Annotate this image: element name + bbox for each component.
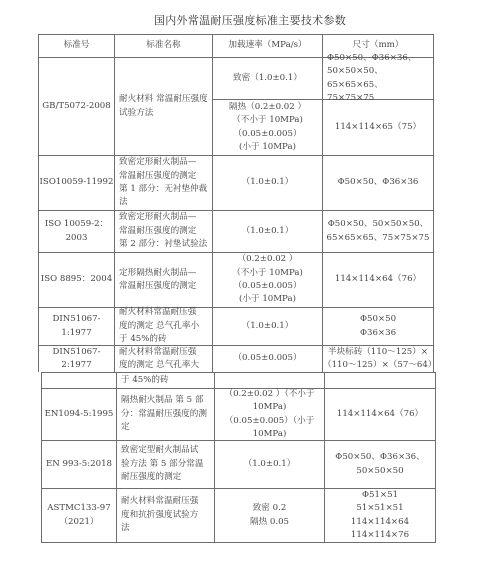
row-astmc133-rate: 致密 0.2 隔热 0.05: [215, 489, 324, 542]
row-astmc133-code: ASTMC133-97 （2021）: [42, 489, 116, 542]
row-en993-5-code: EN 993-5:2018: [42, 441, 116, 488]
row-iso10059-2-rate: （1.0±0.1）: [213, 211, 322, 252]
row-en993-5-rate: （1.0±0.1）: [215, 441, 324, 488]
row-din51067-1-size: Φ50×50 Φ36×36: [323, 308, 433, 345]
row-gbt5072-size-dense: Φ50×50、Φ36×36、 50×50×50、65×65×65、 75×75×…: [323, 58, 433, 99]
row-iso8895-code: ISO 8895：2004: [39, 253, 114, 307]
row-din51067-2-code: DIN51067-2:1977: [39, 346, 114, 372]
row-din51067-2-size: 半块标砖（110～125）× （110～125）×（57～64）: [323, 346, 433, 372]
header-loading-rate: 加载速率（MPa/s）: [213, 35, 322, 57]
row-iso10059-1-size: Φ50×50、Φ36×36: [323, 156, 433, 210]
row-astmc133-size: Φ51×51 51×51×51 114×114×64 114×114×76: [325, 489, 435, 542]
row-en993-5-size: Φ50×50、Φ36×36、 50×50×50: [325, 441, 435, 488]
row-din51067-1-rate: （1.0±0.1）: [213, 308, 322, 345]
row-en1094-5-size: 114×114×64（76）: [325, 389, 435, 440]
row-iso10059-2-size: Φ50×50、50×50×50、 65×65×65、75×75×75: [323, 211, 433, 252]
row-iso10059-2-name: 致密定形耐火制品— 常温耐压强度的测定 第 2 部分：衬垫试验法: [115, 211, 212, 252]
header-standard-name: 标准名称: [115, 35, 212, 57]
row-en993-5-name: 致密定型耐火制品试 验方法 第 5 部分常温 耐压强度的测定: [117, 441, 214, 488]
row-iso8895-name: 定形隔热耐火制品— 常温耐压强度的测定: [115, 253, 212, 307]
row-iso8895-size: 114×114×64（76）: [323, 253, 433, 307]
row-iso10059-1-code: ISO10059-11992: [39, 156, 114, 210]
row-astmc133-name: 耐火材料常温耐压强 度和抗折强度试验方 法: [117, 489, 214, 542]
row-din51067-2-name-continuation: 于 45%的砖: [117, 373, 214, 388]
row-iso8895-rate: （0.2±0.02 ） （不小于 10MPa) （0.05±0.005） (小于…: [213, 253, 322, 307]
row-din51067-2-name: 耐火材料常温耐压强 度的测定 总气孔率大: [115, 346, 212, 372]
row-gbt5072-rate-dense: 致密（1.0±0.1）: [213, 58, 322, 99]
table-title: 国内外常温耐压强度标准主要技术参数: [0, 12, 500, 28]
header-standard-code: 标准号: [39, 35, 114, 57]
row-iso10059-1-rate: （1.0±0.1）: [213, 156, 322, 210]
row-gbt5072-size-insulating: 114×114×65（75）: [323, 100, 433, 155]
row-gbt5072-rate-insulating: 隔热（0.2±0.02 ） （不小于 10MPa) （0.05±0.005） (…: [213, 100, 322, 155]
row-gbt5072-name: 耐火材料 常温耐压强度试验方法: [115, 58, 212, 155]
row-din51067-1-code: DIN51067-1:1977: [39, 308, 114, 345]
row-din51067-1-name: 耐火材料常温耐压强 度的测定 总气孔率小 于 45%的砖: [115, 308, 212, 345]
row-en1094-5-code: EN1094-5:1995: [42, 389, 116, 440]
row-iso10059-1-name: 致密定形耐火制品— 常温耐压强度的测定 第 1 部分：无衬垫仲裁 法: [115, 156, 212, 210]
row-gbt5072-code: GB/T5072-2008: [39, 58, 114, 155]
row-en1094-5-rate: （0.2±0.02 ）（不小于 10MPa) （0.05±0.005）（小于 1…: [215, 389, 324, 440]
row-din51067-2-rate: （0.05±0.005）: [213, 346, 322, 372]
row-iso10059-2-code: ISO 10059-2： 2003: [39, 211, 114, 252]
row-en1094-5-name: 隔热耐火制品 第 5 部 分：常温耐压强度的测 定: [117, 389, 214, 440]
